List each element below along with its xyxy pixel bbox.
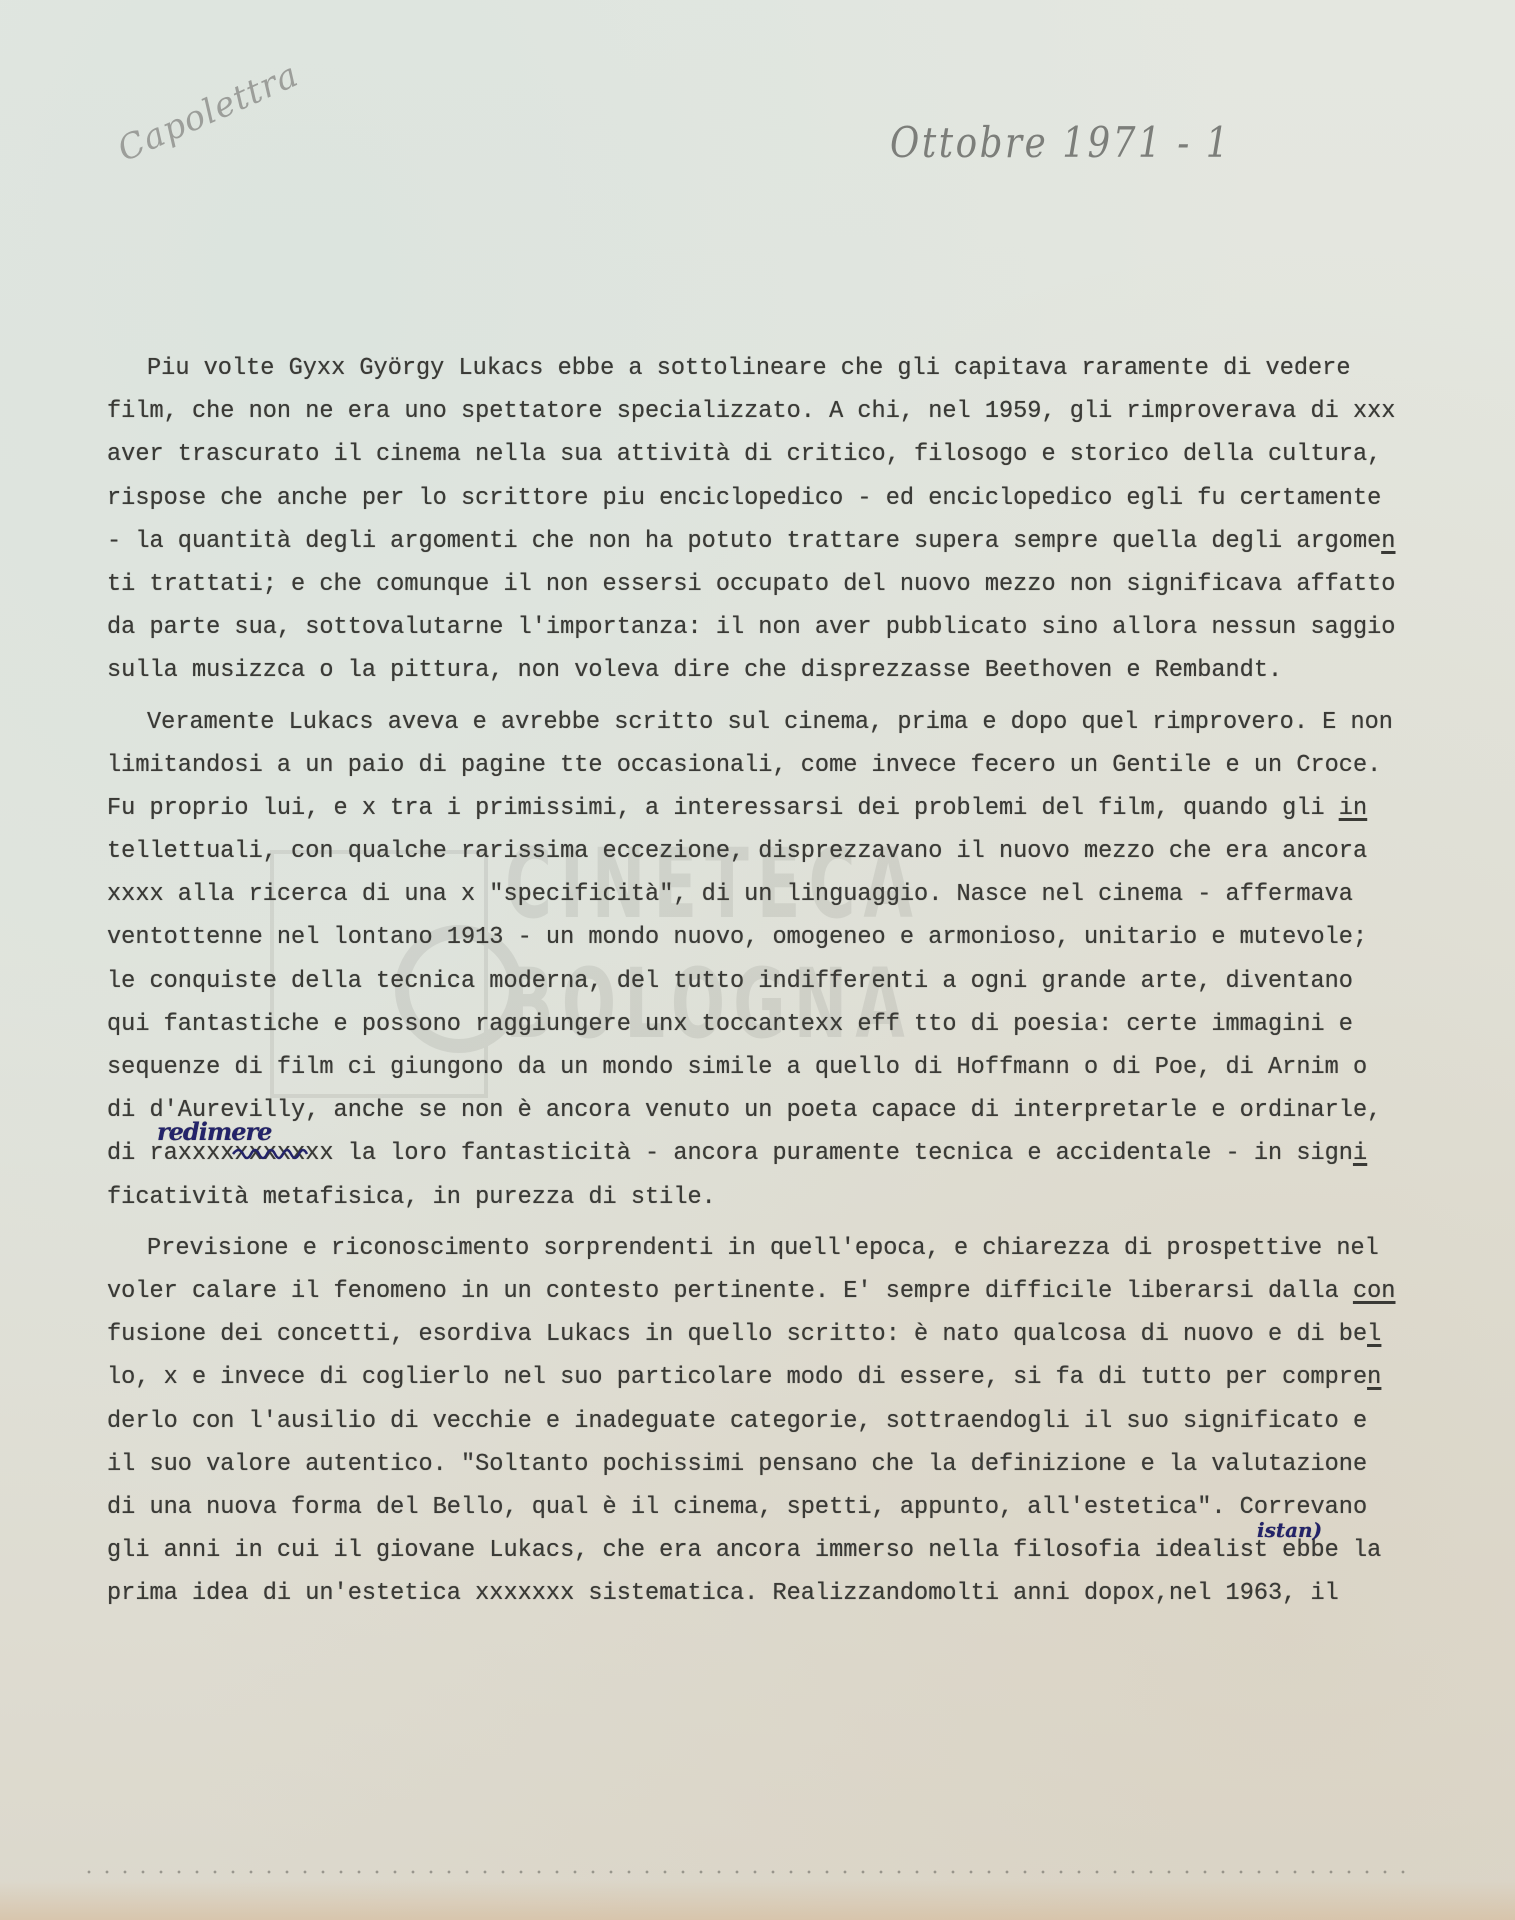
- line-text: voler calare il fenomeno in un contesto …: [107, 1278, 1353, 1305]
- typed-line: sequenze di film ci giungono da un mondo…: [107, 1046, 1507, 1089]
- hyphenation-underline: con: [1353, 1278, 1395, 1305]
- line-text: ti trattati; e che comunque il non esser…: [107, 571, 1395, 598]
- line-text: la loro fantasticità - ancora puramente …: [334, 1140, 1353, 1167]
- typed-line: qui fantastiche e possono raggiungere un…: [107, 1003, 1507, 1046]
- typed-line: sulla musizzca o la pittura, non voleva …: [107, 649, 1507, 692]
- handwritten-correction-insert: istan): [1257, 1509, 1322, 1552]
- hyphenation-underline: l: [1367, 1321, 1381, 1348]
- line-text: alla ricerca di una x "specificità", di …: [164, 881, 1353, 908]
- typed-line: aver trascurato il cinema nella sua atti…: [107, 433, 1507, 476]
- line-text: da parte sua, sottovalutarne l'importanz…: [107, 614, 1395, 641]
- line-text: Veramente Lukacs aveva e avrebbe scritto…: [147, 709, 1393, 736]
- line-text: di: [107, 1140, 149, 1167]
- line-text: - la quantità degli argomenti che non ha…: [107, 528, 1381, 555]
- typed-body-text: Piu volte Gyxx György Lukacs ebbe a sott…: [107, 347, 1507, 1615]
- typed-line: ficatività metafisica, in purezza di sti…: [107, 1176, 1507, 1219]
- typed-line: gli anni in cui il giovane Lukacs, che e…: [107, 1529, 1507, 1572]
- hyphenation-underline: n: [1367, 1364, 1381, 1391]
- line-text: di una nuova forma del Bello, qual è il …: [107, 1494, 1367, 1521]
- typed-line: tellettuali, con qualche rarissima eccez…: [107, 830, 1507, 873]
- line-text: le conquiste della tecnica moderna, del …: [107, 968, 1353, 995]
- hyphenation-underline: in: [1339, 795, 1367, 822]
- line-text: ventottenne nel lontano 1913 - un mondo …: [107, 924, 1367, 951]
- typed-line: di d'Aurevilly, anche se non è ancora ve…: [107, 1089, 1507, 1132]
- line-text: derlo con l'ausilio di vecchie e inadegu…: [107, 1408, 1367, 1435]
- line-text: limitandosi a un paio di pagine tte occa…: [107, 752, 1381, 779]
- paragraph-gap: [107, 693, 1507, 701]
- line-text: aver trascurato il cinema nella sua atti…: [107, 441, 1381, 468]
- line-text: sulla musizzca o la pittura, non voleva …: [107, 657, 1282, 684]
- typed-line: voler calare il fenomeno in un contesto …: [107, 1270, 1507, 1313]
- bottom-typewriter-residue: [80, 1870, 1410, 1874]
- paragraph-gap: [107, 1219, 1507, 1227]
- typed-line: le conquiste della tecnica moderna, del …: [107, 960, 1507, 1003]
- line-text: qui fantastiche e possono raggiungere un…: [107, 1011, 1353, 1038]
- typed-line: lo, x e invece di coglierlo nel suo part…: [107, 1356, 1507, 1399]
- typed-line: Fu proprio lui, e x tra i primissimi, a …: [107, 787, 1507, 830]
- typed-line: derlo con l'ausilio di vecchie e inadegu…: [107, 1400, 1507, 1443]
- line-text: Previsione e riconoscimento sorprendenti…: [147, 1235, 1379, 1262]
- ink-scribble-strike: [155, 1142, 327, 1162]
- typed-line: fusione dei concetti, esordiva Lukacs in…: [107, 1313, 1507, 1356]
- line-text: ficatività metafisica, in purezza di sti…: [107, 1184, 716, 1211]
- line-text: fusione dei concetti, esordiva Lukacs in…: [107, 1321, 1367, 1348]
- typed-line: ti trattati; e che comunque il non esser…: [107, 563, 1507, 606]
- line-text: prima idea di un'estetica: [107, 1580, 475, 1607]
- document-page: CINETECA BOLOGNA Capolettra Ottobre 1971…: [0, 0, 1515, 1920]
- line-text: lo, x e invece di coglierlo nel suo part…: [107, 1364, 1367, 1391]
- struck-out-typing: xxxxxxx: [475, 1572, 574, 1615]
- typed-line: il suo valore autentico. "Soltanto pochi…: [107, 1443, 1507, 1486]
- line-text: tellettuali, con qualche rarissima eccez…: [107, 838, 1367, 865]
- line-text: di d'Aurevilly, anche se non è ancora ve…: [107, 1097, 1381, 1124]
- line-text: György Lukacs ebbe a sottolineare che gl…: [345, 355, 1350, 382]
- line-text: Piu volte: [147, 355, 289, 382]
- line-text: sequenze di film ci giungono da un mondo…: [107, 1054, 1367, 1081]
- typed-line: - la quantità degli argomenti che non ha…: [107, 520, 1507, 563]
- line-text: Fu proprio lui, e x tra i primissimi, a …: [107, 795, 1339, 822]
- line-text: il suo valore autentico. "Soltanto pochi…: [107, 1451, 1367, 1478]
- typed-line: prima idea di un'estetica xxxxxxx sistem…: [107, 1572, 1507, 1615]
- typed-line: Piu volte Gyxx György Lukacs ebbe a sott…: [107, 347, 1507, 390]
- hyphenation-underline: i: [1353, 1140, 1367, 1167]
- handwritten-note-top-left: Capolettra: [112, 55, 305, 170]
- struck-out-typing: xxxx: [107, 873, 164, 916]
- typed-line: xxxx alla ricerca di una x "specificità"…: [107, 873, 1507, 916]
- typed-line: film, che non ne era uno spettatore spec…: [107, 390, 1507, 433]
- handwritten-date-page-number: Ottobre 1971 - 1: [890, 118, 1231, 167]
- line-text: gli anni in cui il giovane Lukacs, che e…: [107, 1537, 1240, 1564]
- line-text: film, che non ne era uno spettatore spec…: [107, 398, 1353, 425]
- typed-line: rispose che anche per lo scrittore piu e…: [107, 477, 1507, 520]
- line-text: sistematica. Realizzandomolti anni dopox…: [574, 1580, 1339, 1607]
- typed-line: Veramente Lukacs aveva e avrebbe scritto…: [107, 701, 1507, 744]
- typed-line: limitandosi a un paio di pagine tte occa…: [107, 744, 1507, 787]
- struck-out-typing: xxx: [1353, 390, 1395, 433]
- typed-line: Previsione e riconoscimento sorprendenti…: [107, 1227, 1507, 1270]
- typed-line: da parte sua, sottovalutarne l'importanz…: [107, 606, 1507, 649]
- hyphenation-underline: n: [1381, 528, 1395, 555]
- line-text: rispose che anche per lo scrittore piu e…: [107, 485, 1381, 512]
- typed-line: ventottenne nel lontano 1913 - un mondo …: [107, 916, 1507, 959]
- struck-out-typing: Gyxx: [289, 347, 346, 390]
- typed-line: di raxxxxxxxxxxxredimere la loro fantast…: [107, 1132, 1507, 1175]
